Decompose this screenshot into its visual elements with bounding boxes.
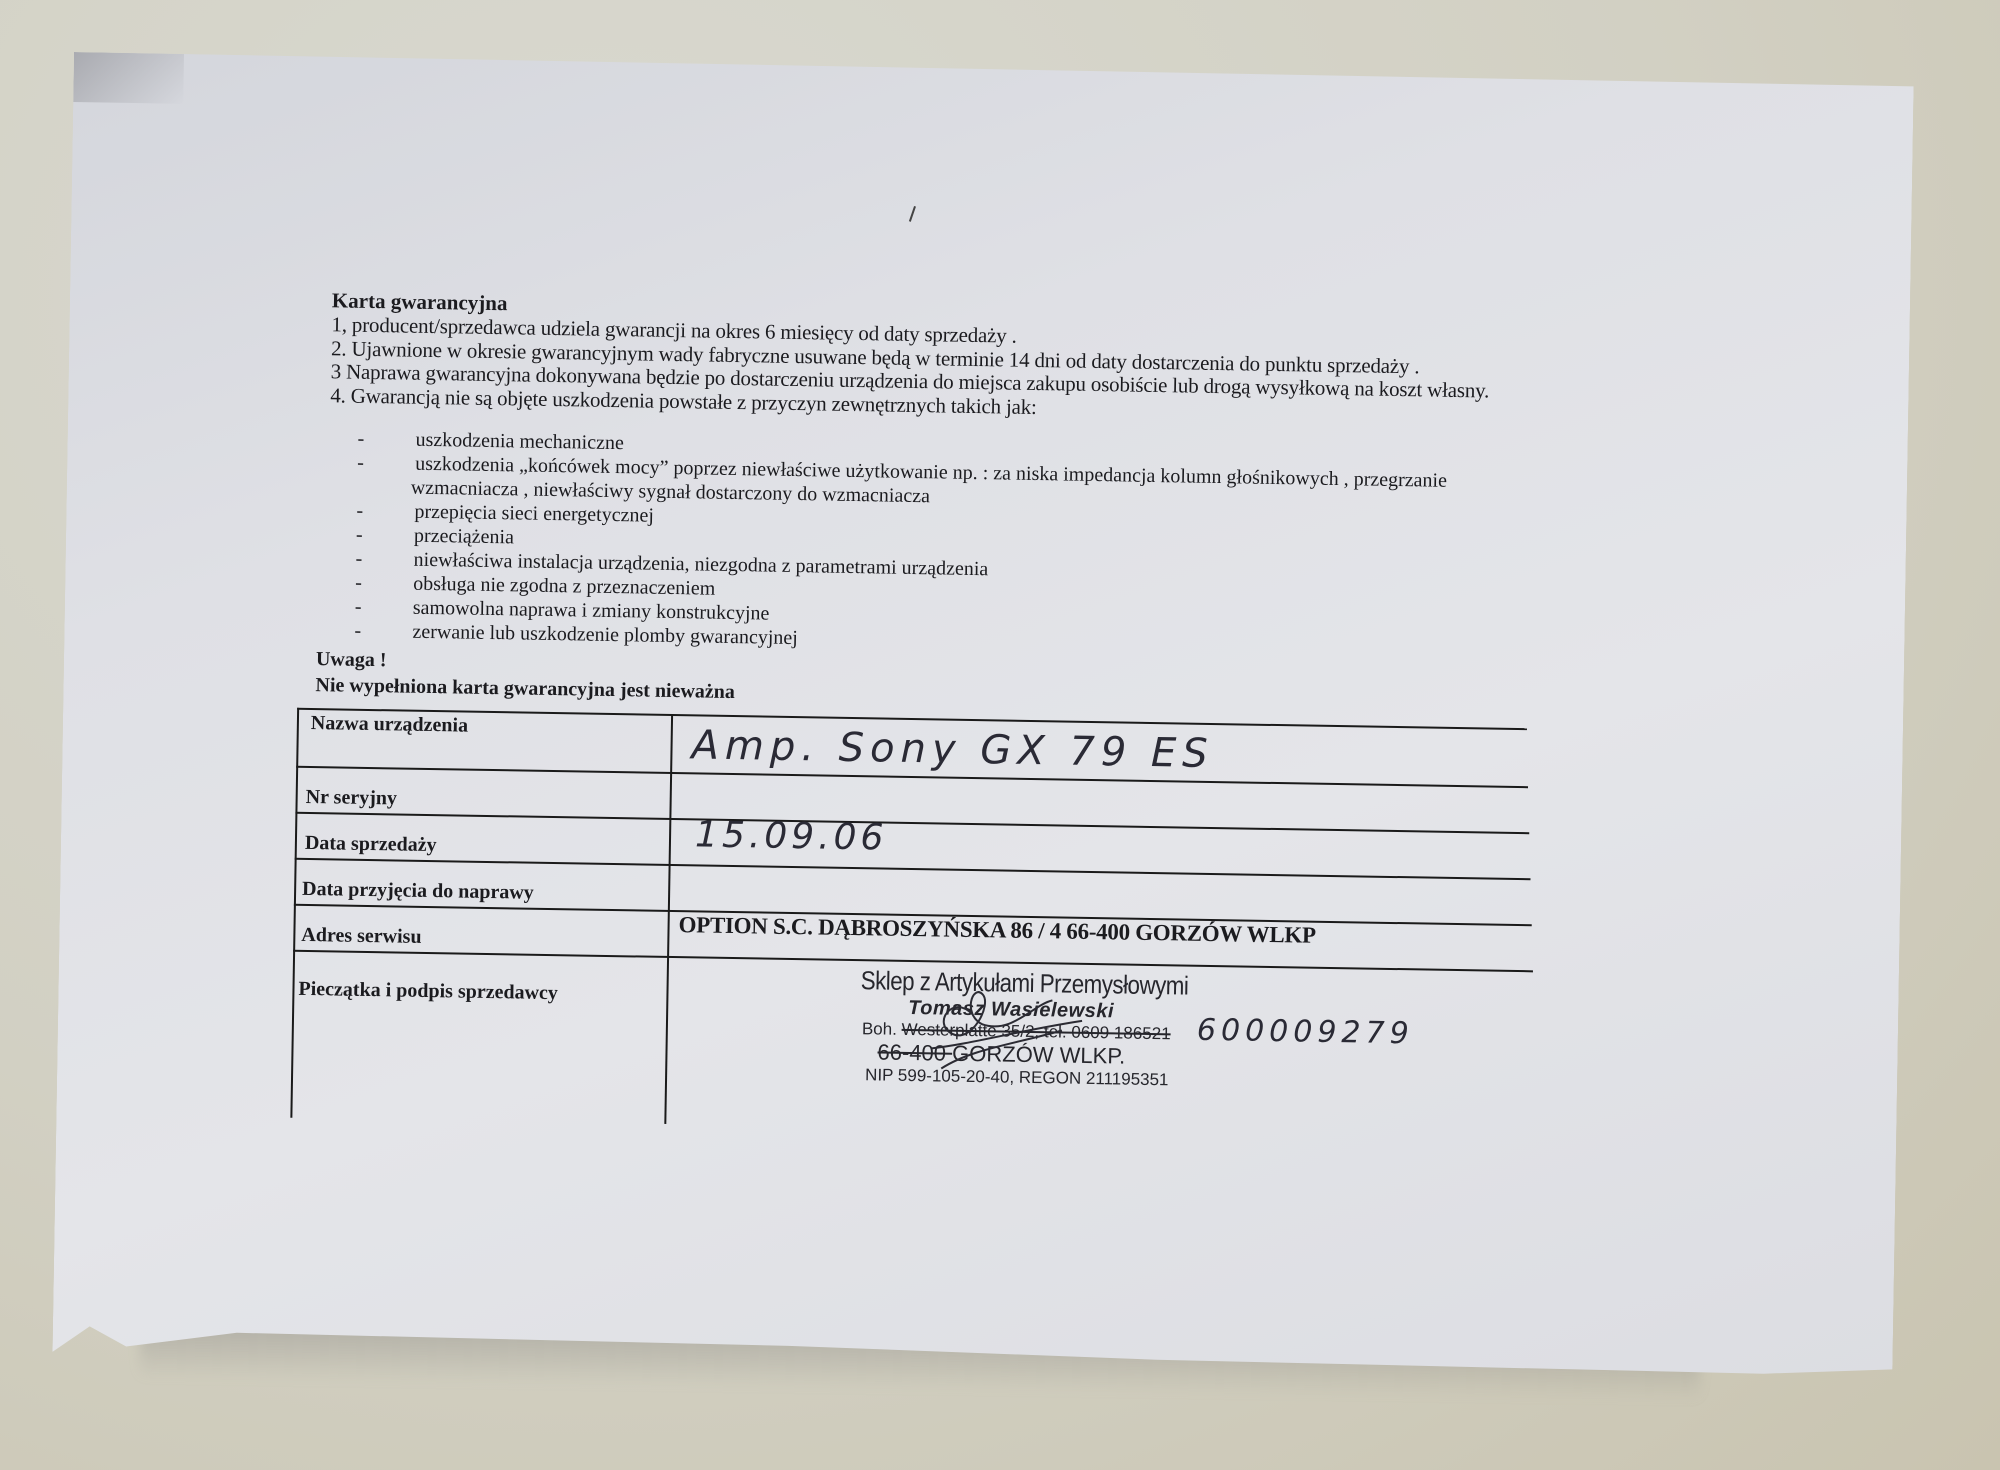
dash-bullet: - [357,427,364,451]
device-name-value[interactable]: Amp. Sony GX 79 ES [691,722,1214,777]
dash-bullet: - [355,571,362,595]
label-stamp-signature: Pieczątka i podpis sprzedawcy [298,978,558,1005]
list-item-text: uszkodzenia mechaniczne [415,429,624,454]
dash-bullet: - [356,523,363,547]
dash-bullet: - [354,619,361,643]
column-divider [664,714,673,1124]
list-item-text: zerwanie lub uszkodzenie plomby gwarancy… [412,621,798,649]
warning-text: Nie wypełniona karta gwarancyjna jest ni… [315,672,735,705]
warning-block: Uwaga ! Nie wypełniona karta gwarancyjna… [315,646,735,705]
exclusions-list: -uszkodzenia mechaniczne -uszkodzenia „k… [354,427,1447,661]
sale-date-value[interactable]: 15.09.06 [695,814,888,858]
warranty-card-paper: Karta gwarancyjna 1, producent/sprzedawc… [52,52,1913,1382]
pen-mark [909,206,916,222]
row-divider [295,812,1529,834]
label-repair-date: Data przyjęcia do naprawy [302,878,534,905]
warranty-form-table: Nazwa urządzenia Nr seryjny Data sprzeda… [290,708,1527,1138]
row-divider [295,858,1531,880]
list-item-text: przepięcia sieci energetycznej [414,501,654,527]
dash-bullet: - [355,547,362,571]
stamp-street-prefix: Boh. [862,1019,902,1039]
list-item-text: przeciążenia [414,525,514,549]
handwritten-number: 600009279 [1197,1013,1414,1052]
label-serial-number: Nr seryjny [305,786,397,811]
label-device-name: Nazwa urządzenia [311,712,469,738]
service-address-value: OPTION S.C. DĄBROSZYŃSKA 86 / 4 66-400 G… [678,912,1316,949]
dash-bullet: - [355,595,362,619]
label-service-address: Adres serwisu [301,924,422,949]
label-sale-date: Data sprzedaży [305,832,437,857]
table-border-left [290,708,299,1118]
signature-scribble [911,973,1113,1086]
dash-bullet: - [356,499,363,523]
dash-bullet: - [357,451,364,475]
